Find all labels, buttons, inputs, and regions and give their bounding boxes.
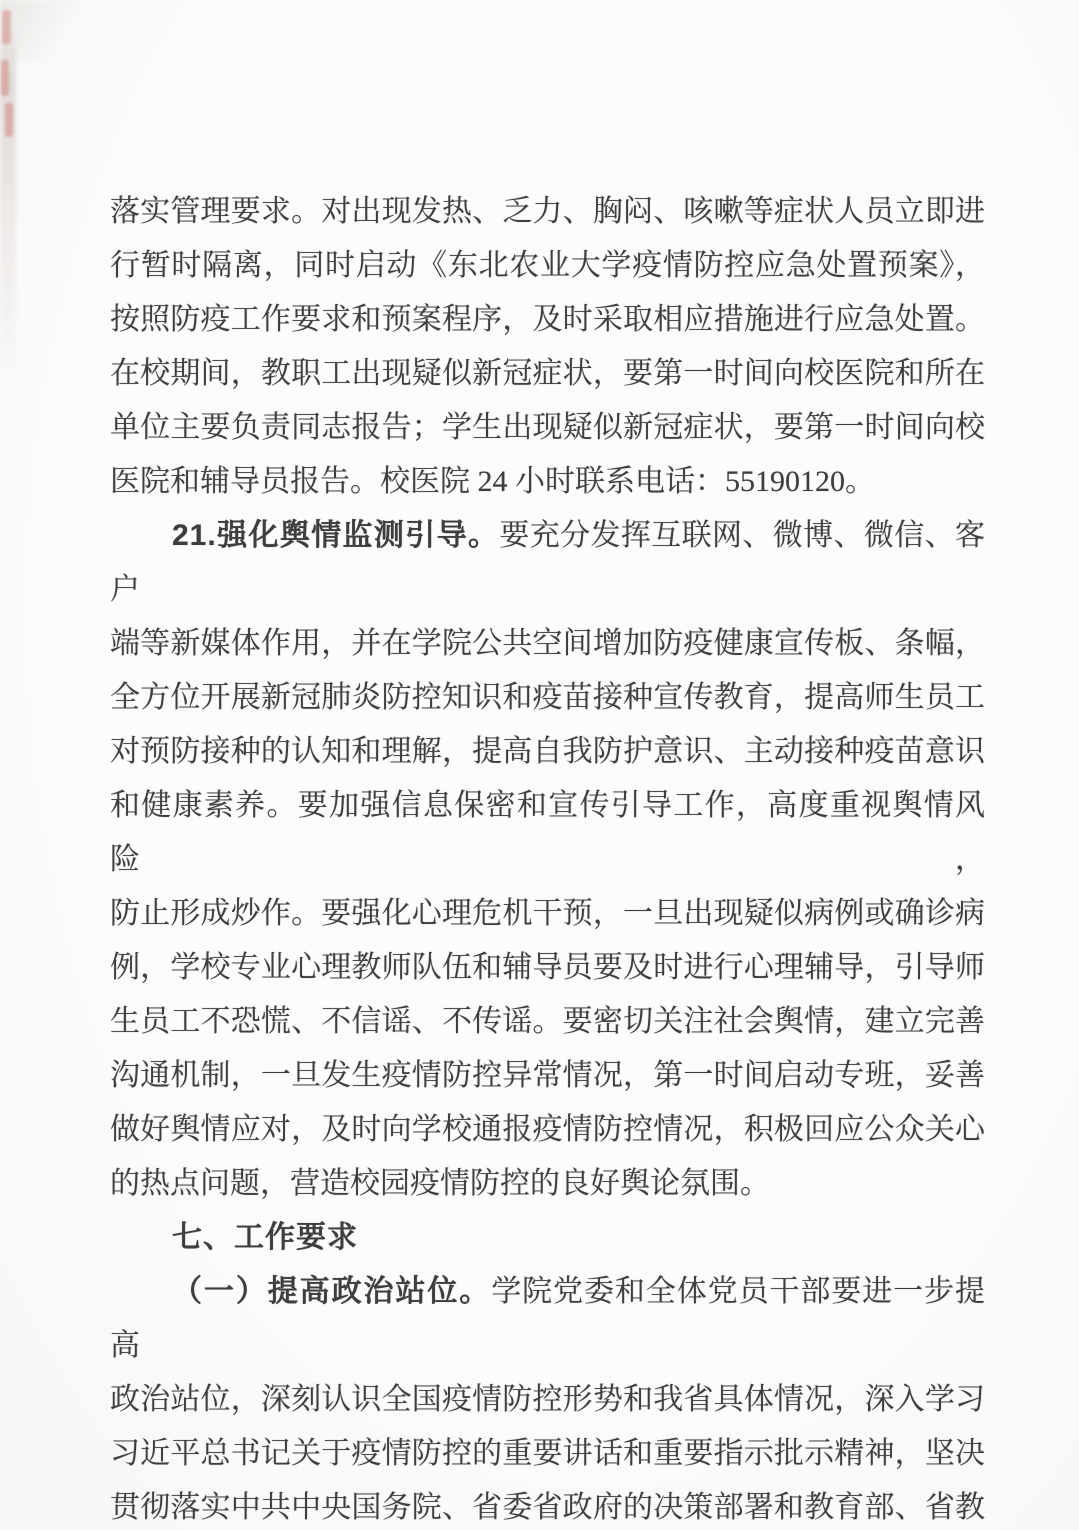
text-run: 例，学校专业心理教师队伍和辅导员要及时进行心理辅导，引导师 bbox=[110, 951, 985, 984]
text-line: 21.强化舆情监测引导。要充分发挥互联网、微博、微信、客户 bbox=[110, 509, 985, 617]
text-line: 防止形成炒作。要强化心理危机干预，一旦出现疑似病例或确诊病 bbox=[110, 887, 985, 941]
text-run: 单位主要负责同志报告；学生出现疑似新冠症状，要第一时间向校 bbox=[110, 411, 985, 444]
text-line: 的热点问题，营造校园疫情防控的良好舆论氛围。 bbox=[110, 1157, 985, 1211]
text-run: 对预防接种的认知和理解，提高自我防护意识、主动接种疫苗意识 bbox=[110, 735, 985, 768]
text-line: 对预防接种的认知和理解，提高自我防护意识、主动接种疫苗意识 bbox=[110, 725, 985, 779]
text-line: 政治站位，深刻认识全国疫情防控形势和我省具体情况，深入学习 bbox=[110, 1373, 985, 1427]
text-run: 和健康素养。要加强信息保密和宣传引导工作，高度重视舆情风险， bbox=[110, 789, 985, 876]
text-run: 按照防疫工作要求和预案程序，及时采取相应措施进行应急处置。 bbox=[110, 303, 985, 336]
document-text-block: 落实管理要求。对出现发热、乏力、胸闷、咳嗽等症状人员立即进行暂时隔离，同时启动《… bbox=[110, 185, 985, 1530]
text-line: （一）提高政治站位。学院党委和全体党员干部要进一步提高 bbox=[110, 1265, 985, 1373]
text-line: 在校期间，教职工出现疑似新冠症状，要第一时间向校医院和所在 bbox=[110, 347, 985, 401]
text-line: 生员工不恐慌、不信谣、不传谣。要密切关注社会舆情，建立完善 bbox=[110, 995, 985, 1049]
text-line: 按照防疫工作要求和预案程序，及时采取相应措施进行应急处置。 bbox=[110, 293, 985, 347]
text-run: 医院和辅导员报告。校医院 24 小时联系电话：55190120。 bbox=[110, 465, 875, 498]
edge-red-mark bbox=[2, 10, 11, 44]
text-run: 在校期间，教职工出现疑似新冠症状，要第一时间向校医院和所在 bbox=[110, 357, 985, 390]
text-line: 行暂时隔离，同时启动《东北农业大学疫情防控应急处置预案》， bbox=[110, 239, 985, 293]
text-line: 全方位开展新冠肺炎防控知识和疫苗接种宣传教育，提高师生员工 bbox=[110, 671, 985, 725]
text-line: 和健康素养。要加强信息保密和宣传引导工作，高度重视舆情风险， bbox=[110, 779, 985, 887]
text-line: 七、工作要求 bbox=[110, 1211, 985, 1265]
text-run: 沟通机制，一旦发生疫情防控异常情况，第一时间启动专班，妥善 bbox=[110, 1059, 985, 1092]
text-line: 做好舆情应对，及时向学校通报疫情防控情况，积极回应公众关心 bbox=[110, 1103, 985, 1157]
text-line: 单位主要负责同志报告；学生出现疑似新冠症状，要第一时间向校 bbox=[110, 401, 985, 455]
text-run: 习近平总书记关于疫情防控的重要讲话和重要指示批示精神，坚决 bbox=[110, 1437, 985, 1470]
bold-text-run: 七、工作要求 bbox=[172, 1221, 358, 1254]
scanned-document-page: 落实管理要求。对出现发热、乏力、胸闷、咳嗽等症状人员立即进行暂时隔离，同时启动《… bbox=[0, 0, 1079, 1530]
bold-text-run: （一）提高政治站位。 bbox=[172, 1275, 491, 1308]
text-run: 全方位开展新冠肺炎防控知识和疫苗接种宣传教育，提高师生员工 bbox=[110, 681, 985, 714]
edge-red-mark bbox=[1, 60, 9, 96]
bold-text-run: 21.强化舆情监测引导。 bbox=[172, 519, 499, 552]
text-run: 做好舆情应对，及时向学校通报疫情防控情况，积极回应公众关心 bbox=[110, 1113, 985, 1146]
text-run: 生员工不恐慌、不信谣、不传谣。要密切关注社会舆情，建立完善 bbox=[110, 1005, 985, 1038]
text-run: 政治站位，深刻认识全国疫情防控形势和我省具体情况，深入学习 bbox=[110, 1383, 985, 1416]
text-run: 的热点问题，营造校园疫情防控的良好舆论氛围。 bbox=[110, 1167, 770, 1200]
text-run: 落实管理要求。对出现发热、乏力、胸闷、咳嗽等症状人员立即进 bbox=[110, 195, 985, 228]
text-run: 贯彻落实中共中央国务院、省委省政府的决策部署和教育部、省教 bbox=[110, 1491, 985, 1524]
text-line: 贯彻落实中共中央国务院、省委省政府的决策部署和教育部、省教 bbox=[110, 1481, 985, 1530]
text-line: 例，学校专业心理教师队伍和辅导员要及时进行心理辅导，引导师 bbox=[110, 941, 985, 995]
text-run: 防止形成炒作。要强化心理危机干预，一旦出现疑似病例或确诊病 bbox=[110, 897, 985, 930]
text-line: 习近平总书记关于疫情防控的重要讲话和重要指示批示精神，坚决 bbox=[110, 1427, 985, 1481]
text-line: 医院和辅导员报告。校医院 24 小时联系电话：55190120。 bbox=[110, 455, 985, 509]
text-line: 沟通机制，一旦发生疫情防控异常情况，第一时间启动专班，妥善 bbox=[110, 1049, 985, 1103]
edge-red-mark bbox=[5, 103, 13, 137]
text-run: 行暂时隔离，同时启动《东北农业大学疫情防控应急处置预案》， bbox=[110, 249, 985, 282]
text-line: 落实管理要求。对出现发热、乏力、胸闷、咳嗽等症状人员立即进 bbox=[110, 185, 985, 239]
text-run: 端等新媒体作用，并在学院公共空间增加防疫健康宣传板、条幅， bbox=[110, 627, 985, 660]
text-line: 端等新媒体作用，并在学院公共空间增加防疫健康宣传板、条幅， bbox=[110, 617, 985, 671]
